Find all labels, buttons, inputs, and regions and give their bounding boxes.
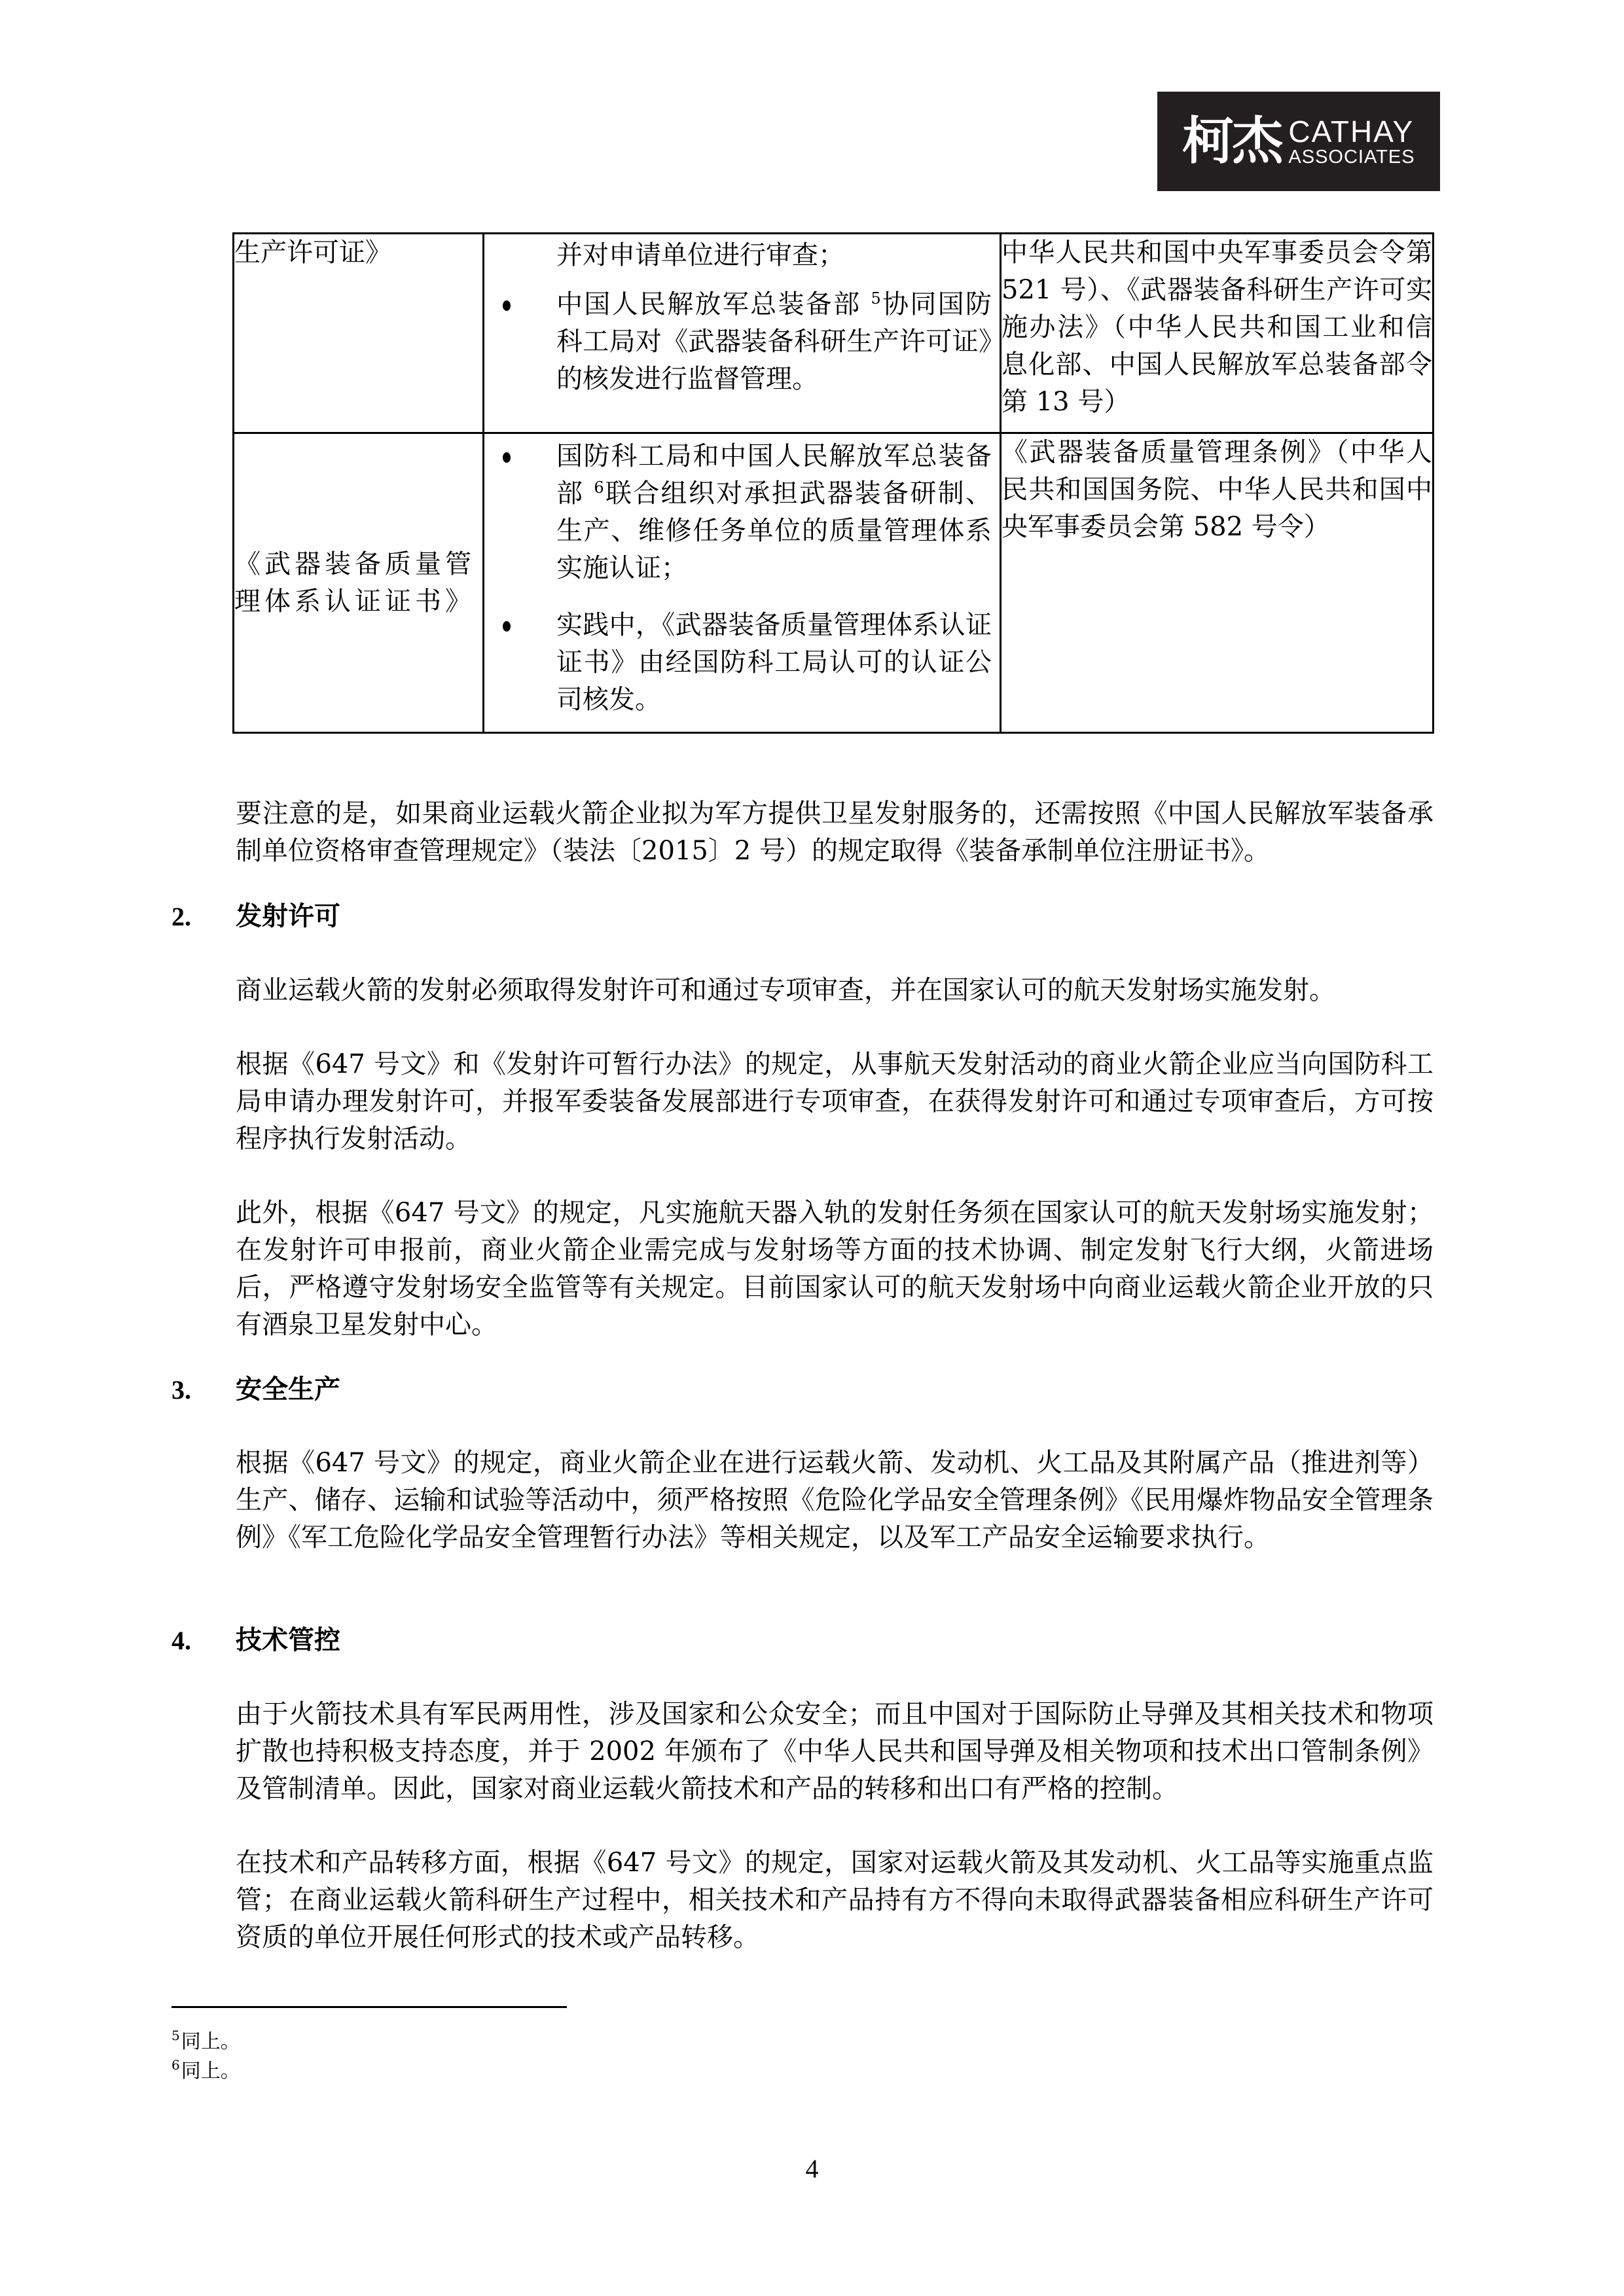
cathay-associates-logo: 柯杰 CATHAY ASSOCIATES bbox=[1157, 92, 1440, 191]
footnote-text: 同上。 bbox=[181, 2030, 240, 2053]
logo-line-cathay: CATHAY bbox=[1288, 117, 1415, 147]
footnote-mark: 5 bbox=[171, 2028, 180, 2043]
table-row: 《武器装备质量管理体系认证证书》 国防科工局和中国人民解放军总装备部 6联合组织… bbox=[234, 433, 1434, 733]
legal-basis: 《武器装备质量管理条例》（中华人民共和国国务院、中华人民共和国中央军事委员会第 … bbox=[1001, 437, 1432, 542]
list-item: 并对申请单位进行审查； bbox=[484, 237, 992, 274]
license-name: 生产许可证》 bbox=[234, 238, 391, 268]
bullet-icon bbox=[503, 621, 511, 632]
page-number: 4 bbox=[0, 2153, 1624, 2184]
table-row: 生产许可证》 并对申请单位进行审查； 中国人民解放军总装备部 5协同国防科工局对… bbox=[234, 234, 1434, 433]
footnote-mark: 6 bbox=[171, 2057, 180, 2073]
footnote-ref-5[interactable]: 5 bbox=[871, 289, 880, 308]
section-number: 4. bbox=[171, 1622, 236, 1659]
authority-cell: 国防科工局和中国人民解放军总装备部 6联合组织对承担武器装备研制、生产、维修任务… bbox=[484, 433, 1001, 733]
footnote-text: 同上。 bbox=[181, 2060, 240, 2083]
license-name: 《武器装备质量管理体系认证证书》 bbox=[234, 549, 475, 617]
list-item: 实践中，《武器装备质量管理体系认证证书》由经国防科工局认可的认证公司核发。 bbox=[484, 607, 992, 719]
bullet-icon bbox=[503, 300, 511, 311]
section-title: 发射许可 bbox=[236, 898, 340, 935]
paragraph: 由于火箭技术具有军民两用性，涉及国家和公众安全；而且中国对于国际防止导弹及其相关… bbox=[236, 1696, 1434, 1808]
paragraph: 根据《647 号文》的规定，商业火箭企业在进行运载火箭、发动机、火工品及其附属产… bbox=[236, 1444, 1434, 1556]
section-title: 安全生产 bbox=[236, 1371, 340, 1408]
section-number: 3. bbox=[171, 1371, 236, 1408]
license-table: 生产许可证》 并对申请单位进行审查； 中国人民解放军总装备部 5协同国防科工局对… bbox=[232, 232, 1434, 734]
list-item-text: 中国人民解放军总装备部 bbox=[556, 289, 871, 319]
section-heading-technology-control: 4. 技术管控 bbox=[171, 1622, 340, 1659]
bullet-icon bbox=[503, 452, 511, 463]
legal-basis-cell: 中华人民共和国中央军事委员会令第 521 号）、《武器装备科研生产许可实施办法》… bbox=[1001, 234, 1434, 433]
paragraph: 根据《647 号文》和《发射许可暂行办法》的规定，从事航天发射活动的商业火箭企业… bbox=[236, 1046, 1434, 1158]
authority-list: 国防科工局和中国人民解放军总装备部 6联合组织对承担武器装备研制、生产、维修任务… bbox=[484, 434, 1000, 719]
paragraph: 在技术和产品转移方面，根据《647 号文》的规定，国家对运载火箭及其发动机、火工… bbox=[236, 1844, 1434, 1956]
list-item-text: 实践中，《武器装备质量管理体系认证证书》由经国防科工局认可的认证公司核发。 bbox=[556, 610, 992, 715]
footnote-ref-6[interactable]: 6 bbox=[594, 478, 604, 497]
authority-cell: 并对申请单位进行审查； 中国人民解放军总装备部 5协同国防科工局对《武器装备科研… bbox=[484, 234, 1001, 433]
section-title: 技术管控 bbox=[236, 1622, 340, 1659]
legal-basis-cell: 《武器装备质量管理条例》（中华人民共和国国务院、中华人民共和国中央军事委员会第 … bbox=[1001, 433, 1434, 733]
legal-basis: 中华人民共和国中央军事委员会令第 521 号）、《武器装备科研生产许可实施办法》… bbox=[1001, 238, 1432, 417]
authority-list: 并对申请单位进行审查； 中国人民解放军总装备部 5协同国防科工局对《武器装备科研… bbox=[484, 234, 1000, 398]
section-heading-safety-production: 3. 安全生产 bbox=[171, 1371, 340, 1408]
logo-line-associates: ASSOCIATES bbox=[1288, 148, 1415, 167]
logo-english-text: CATHAY ASSOCIATES bbox=[1288, 117, 1415, 167]
list-item-text: 并对申请单位进行审查； bbox=[556, 240, 844, 270]
footnote-6: 6同上。 bbox=[171, 2058, 240, 2085]
license-name-cell: 生产许可证》 bbox=[234, 234, 484, 433]
paragraph: 此外，根据《647 号文》的规定，凡实施航天器入轨的发射任务须在国家认可的航天发… bbox=[236, 1194, 1434, 1344]
list-item-text: 联合组织对承担武器装备研制、生产、维修任务单位的质量管理体系实施认证； bbox=[556, 478, 992, 583]
list-item: 中国人民解放军总装备部 5协同国防科工局对《武器装备科研生产许可证》的核发进行监… bbox=[484, 286, 992, 398]
footnote-5: 5同上。 bbox=[171, 2029, 240, 2055]
footnote-divider bbox=[171, 2006, 567, 2008]
license-name-cell: 《武器装备质量管理体系认证证书》 bbox=[234, 433, 484, 733]
paragraph: 商业运载火箭的发射必须取得发射许可和通过专项审查，并在国家认可的航天发射场实施发… bbox=[236, 972, 1434, 1009]
logo-chinese-text: 柯杰 bbox=[1182, 116, 1282, 167]
list-item: 国防科工局和中国人民解放军总装备部 6联合组织对承担武器装备研制、生产、维修任务… bbox=[484, 438, 992, 587]
section-number: 2. bbox=[171, 898, 236, 935]
section-heading-launch-permit: 2. 发射许可 bbox=[171, 898, 340, 935]
note-paragraph: 要注意的是，如果商业运载火箭企业拟为军方提供卫星发射服务的，还需按照《中国人民解… bbox=[236, 795, 1434, 870]
